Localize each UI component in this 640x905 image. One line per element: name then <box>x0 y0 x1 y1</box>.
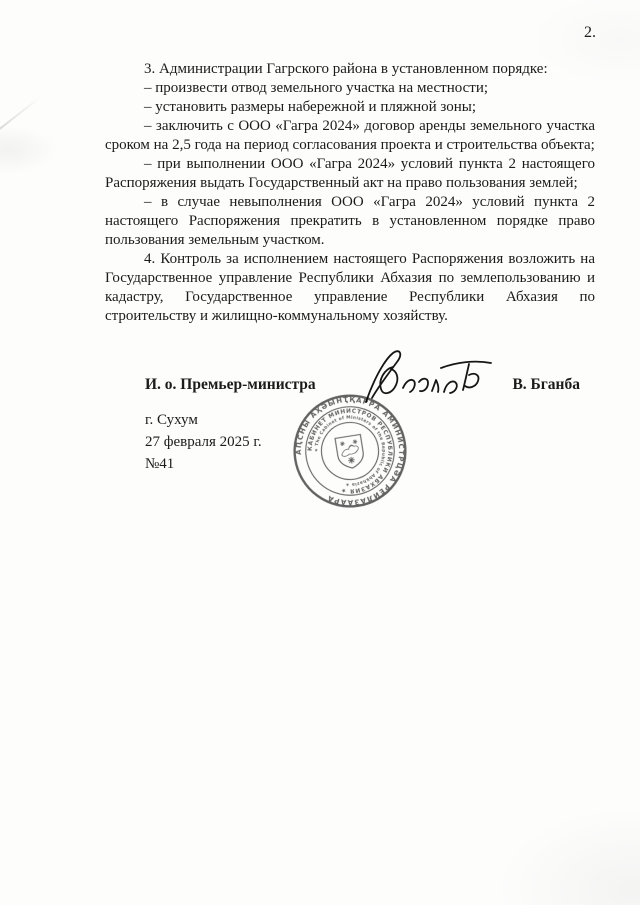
paragraph-dash-4: – при выполнении ООО «Гагра 2024» услови… <box>105 155 595 193</box>
signer-name: В. Бганба <box>512 375 580 394</box>
paragraph-point-3: 3. Администрации Гагрского района в уста… <box>105 60 595 79</box>
paragraph-dash-5: – в случае невыполнения ООО «Гагра 2024»… <box>105 193 595 250</box>
stamp-coat-of-arms-icon <box>335 434 365 470</box>
dateline-city: г. Сухум <box>145 411 262 430</box>
page-number: 2. <box>584 24 596 42</box>
paragraph-dash-3: – заключить с ООО «Гагра 2024» договор а… <box>105 117 595 155</box>
stamp-rings <box>287 388 414 515</box>
paragraph-point-4: 4. Контроль за исполнением настоящего Ра… <box>105 250 595 326</box>
document-body: 3. Администрации Гагрского района в уста… <box>105 60 595 326</box>
signature-scribble <box>356 347 498 405</box>
dateline: г. Сухум 27 февраля 2025 г. №41 <box>145 411 262 477</box>
scanned-document-page: 2. 3. Администрации Гагрского района в у… <box>0 0 640 905</box>
scan-artifact <box>0 96 41 130</box>
paragraph-dash-2: – установить размеры набережной и пляжно… <box>105 98 595 117</box>
signer-title: И. о. Премьер-министра <box>145 375 316 394</box>
paragraph-dash-1: – произвести отвод земельного участка на… <box>105 79 595 98</box>
dateline-date: 27 февраля 2025 г. <box>145 433 262 452</box>
dateline-number: №41 <box>145 455 262 474</box>
